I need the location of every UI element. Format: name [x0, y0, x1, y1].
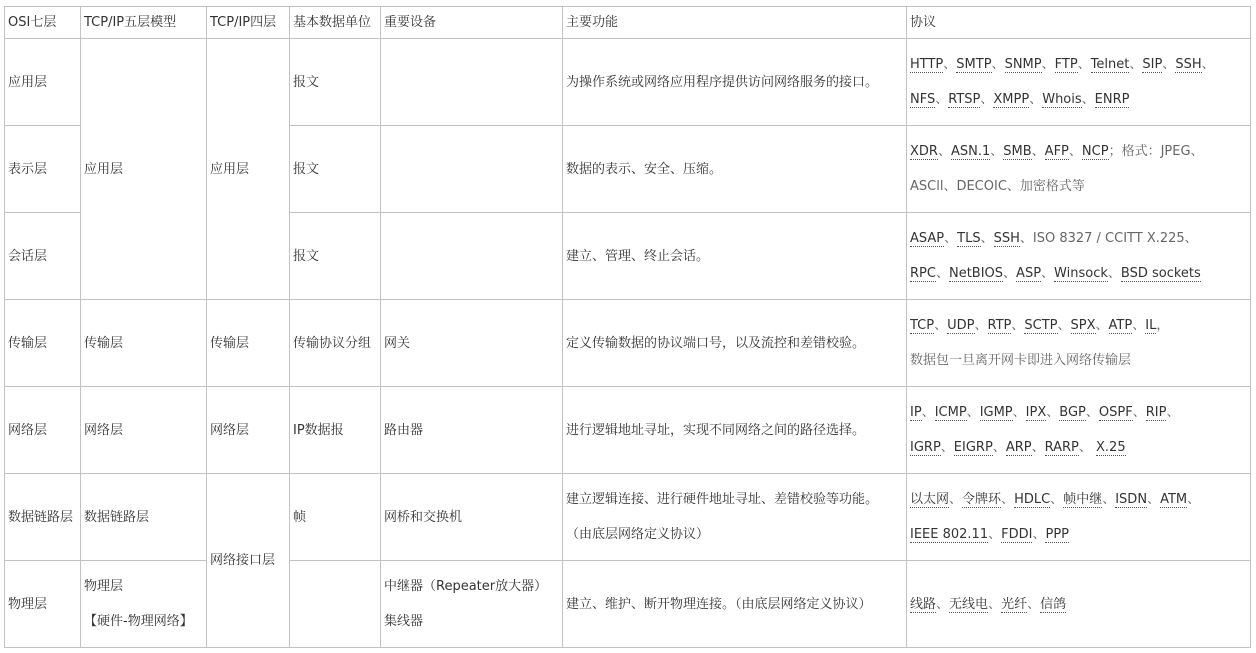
tcp5-application-cell: 应用层: [81, 39, 207, 300]
device-cell: [381, 213, 563, 300]
protocol-separator-text: 、: [1102, 492, 1115, 507]
protocol-separator-text: 、: [949, 492, 962, 507]
osi-layer-cell: 传输层: [5, 300, 81, 387]
protocol-link[interactable]: RARP: [1045, 440, 1079, 456]
protocol-link[interactable]: 以太网: [910, 492, 949, 508]
protocol-link[interactable]: 光纤: [1001, 597, 1027, 613]
osi-layer-cell: 应用层: [5, 39, 81, 126]
protocol-separator-text: 、: [934, 318, 947, 333]
protocol-line: 数据包一旦离开网卡即进入网络传输层: [910, 343, 1247, 378]
function-text: 建立、维护、断开物理连接。（由底层网络定义协议）: [566, 587, 903, 622]
function-cell: 进行逻辑地址寻址，实现不同网络之间的路径选择。: [563, 387, 907, 474]
protocol-link[interactable]: BSD sockets: [1121, 266, 1201, 282]
device-text: 中继器（Repeater放大器）: [384, 569, 559, 604]
protocol-link[interactable]: PPP: [1045, 527, 1069, 543]
header-row: OSI七层 TCP/IP五层模型 TCP/IP四层 基本数据单位 重要设备 主要…: [5, 7, 1251, 39]
tcp4-layer-cell: 传输层: [207, 300, 290, 387]
osi-tcpip-comparison-table: OSI七层 TCP/IP五层模型 TCP/IP四层 基本数据单位 重要设备 主要…: [4, 6, 1251, 648]
data-unit-cell: 报文: [290, 213, 381, 300]
data-unit-cell: IP数据报: [290, 387, 381, 474]
protocol-link[interactable]: BGP: [1059, 405, 1086, 421]
protocol-line: 线路、无线电、光纤、信鸽: [910, 587, 1247, 622]
header-important-devices: 重要设备: [381, 7, 563, 39]
protocol-separator-text: ASCll、DECOIC、加密格式等: [910, 179, 1085, 194]
protocol-separator-text: 、: [1069, 144, 1082, 159]
tcp4-layer-cell: 网络层: [207, 387, 290, 474]
protocol-line: IP、ICMP、IGMP、IPX、BGP、OSPF、RIP、: [910, 395, 1247, 430]
protocol-line: HTTP、SMTP、SNMP、FTP、Telnet、SIP、SSH、: [910, 47, 1247, 82]
protocol-cell: 以太网、令牌环、HDLC、帧中继、ISDN、ATM、IEEE 802.11、FD…: [907, 474, 1251, 561]
protocol-separator-text: 、: [1086, 405, 1099, 420]
protocol-link[interactable]: ISDN: [1115, 492, 1147, 508]
data-unit-cell: 报文: [290, 126, 381, 213]
tcp5-layer-cell: 数据链路层: [81, 474, 207, 561]
protocol-link[interactable]: IL: [1145, 318, 1156, 334]
protocol-link[interactable]: 帧中继: [1063, 492, 1102, 508]
protocol-separator-text: 、: [1132, 318, 1145, 333]
protocol-link[interactable]: SNMP: [1005, 57, 1042, 73]
protocol-separator-text: 、: [992, 57, 1005, 72]
protocol-separator-text: 、: [1032, 527, 1045, 542]
header-main-functions: 主要功能: [563, 7, 907, 39]
protocol-separator-text: 、: [1032, 144, 1045, 159]
protocol-link[interactable]: ASP: [1016, 266, 1041, 282]
protocol-link[interactable]: Telnet: [1091, 57, 1130, 73]
protocol-line: IGRP、EIGRP、ARP、RARP、 X.25: [910, 430, 1247, 465]
protocol-separator-text: 、: [938, 144, 951, 159]
header-protocols: 协议: [907, 7, 1251, 39]
header-tcpip-four-layers: TCP/IP四层: [207, 7, 290, 39]
device-cell: 网关: [381, 300, 563, 387]
protocol-separator-text: 、: [1042, 57, 1055, 72]
protocol-separator-text: 、: [1041, 266, 1054, 281]
protocol-separator-text: 、: [943, 57, 956, 72]
protocol-link[interactable]: SMTP: [956, 57, 991, 73]
osi-layer-cell: 会话层: [5, 213, 81, 300]
protocol-link[interactable]: ASN.1: [951, 144, 990, 160]
protocol-link[interactable]: HDLC: [1014, 492, 1050, 508]
function-text: 建立逻辑连接、进行硬件地址寻址、差错校验等功能。: [566, 482, 903, 517]
protocol-separator-text: 、: [935, 92, 948, 107]
protocol-link[interactable]: RTP: [988, 318, 1012, 334]
function-text: 为操作系统或网络应用程序提供访问网络服务的接口。: [566, 65, 903, 100]
protocol-separator-text: ；格式：JPEG、: [1109, 144, 1204, 159]
protocol-link[interactable]: 令牌环: [962, 492, 1001, 508]
protocol-link[interactable]: IPX: [1026, 405, 1047, 421]
protocol-separator-text: 、: [1108, 266, 1121, 281]
protocol-separator-text: 数据包一旦离开网卡即进入网络传输层: [910, 353, 1131, 368]
protocol-separator-text: ，: [1156, 318, 1169, 333]
protocol-link[interactable]: IP: [910, 405, 922, 421]
protocol-line: RPC、NetBIOS、ASP、Winsock、BSD sockets: [910, 256, 1247, 291]
tcp4-network-interface-cell: 网络接口层: [207, 474, 290, 648]
protocol-link[interactable]: RIP: [1146, 405, 1167, 421]
protocol-separator-text: 、: [936, 597, 949, 612]
protocol-link[interactable]: SCTP: [1024, 318, 1057, 334]
protocol-link[interactable]: SMB: [1003, 144, 1031, 160]
header-tcpip-five-layer-model: TCP/IP五层模型: [81, 7, 207, 39]
protocol-separator-text: 、: [1162, 57, 1175, 72]
protocol-separator-text: 、: [1058, 318, 1071, 333]
protocol-separator-text: 、: [1003, 266, 1016, 281]
protocol-separator-text: 、: [975, 318, 988, 333]
protocol-separator-text: 、: [1133, 405, 1146, 420]
protocol-link[interactable]: XMPP: [993, 92, 1029, 108]
protocol-cell: HTTP、SMTP、SNMP、FTP、Telnet、SIP、SSH、NFS、RT…: [907, 39, 1251, 126]
protocol-separator-text: 、: [1079, 440, 1096, 455]
data-unit-cell: [290, 561, 381, 648]
protocol-link[interactable]: FDDI: [1001, 527, 1032, 543]
protocol-separator-text: 、: [967, 405, 980, 420]
function-cell: 建立、管理、终止会话。: [563, 213, 907, 300]
protocol-link[interactable]: TLS: [957, 231, 980, 247]
protocol-link[interactable]: AFP: [1045, 144, 1069, 160]
protocol-separator-text: 、: [944, 231, 957, 246]
function-cell: 定义传输数据的协议端口号，以及流控和差错校验。: [563, 300, 907, 387]
protocol-separator-text: 、: [1027, 597, 1040, 612]
device-text: 网关: [384, 326, 559, 361]
protocol-separator-text: 、: [936, 266, 949, 281]
protocol-separator-text: 、: [1011, 318, 1024, 333]
protocol-link[interactable]: ATP: [1109, 318, 1133, 334]
protocol-line: XDR、ASN.1、SMB、AFP、NCP；格式：JPEG、: [910, 134, 1247, 169]
protocol-separator-text: 、: [1032, 440, 1045, 455]
protocol-link[interactable]: TCP: [910, 318, 934, 334]
protocol-link[interactable]: 线路: [910, 597, 936, 613]
function-cell: 建立、维护、断开物理连接。（由底层网络定义协议）: [563, 561, 907, 648]
protocol-link[interactable]: ENRP: [1095, 92, 1130, 108]
protocol-cell: XDR、ASN.1、SMB、AFP、NCP；格式：JPEG、ASCll、DECO…: [907, 126, 1251, 213]
protocol-link[interactable]: NetBIOS: [949, 266, 1003, 282]
data-unit-cell: 传输协议分组: [290, 300, 381, 387]
protocol-separator-text: 、: [1129, 57, 1142, 72]
protocol-cell: IP、ICMP、IGMP、IPX、BGP、OSPF、RIP、IGRP、EIGRP…: [907, 387, 1251, 474]
protocol-cell: 线路、无线电、光纤、信鸽: [907, 561, 1251, 648]
protocol-link[interactable]: SIP: [1142, 57, 1162, 73]
protocol-link[interactable]: SSH: [1175, 57, 1201, 73]
table-row-network: 网络层 网络层 网络层 IP数据报 路由器 进行逻辑地址寻址，实现不同网络之间的…: [5, 387, 1251, 474]
protocol-link[interactable]: NFS: [910, 92, 935, 108]
protocol-link[interactable]: ICMP: [935, 405, 967, 421]
tcp5-layer-cell: 传输层: [81, 300, 207, 387]
protocol-separator-text: 、: [1187, 492, 1200, 507]
table-row-physical: 物理层 物理层【硬件-物理网络】 中继器（Repeater放大器）集线器 建立、…: [5, 561, 1251, 648]
protocol-link[interactable]: HTTP: [910, 57, 943, 73]
function-cell: 建立逻辑连接、进行硬件地址寻址、差错校验等功能。（由底层网络定义协议）: [563, 474, 907, 561]
protocol-link[interactable]: FTP: [1055, 57, 1078, 73]
data-unit-cell: 帧: [290, 474, 381, 561]
tcp5-layer-cell: 网络层: [81, 387, 207, 474]
protocol-link[interactable]: X.25: [1096, 440, 1126, 456]
tcp5-layer-text: 【硬件-物理网络】: [84, 604, 203, 639]
protocol-link[interactable]: Winsock: [1054, 266, 1108, 282]
protocol-line: IEEE 802.11、FDDI、PPP: [910, 517, 1247, 552]
device-cell: 路由器: [381, 387, 563, 474]
protocol-link[interactable]: IGMP: [980, 405, 1013, 421]
device-cell: [381, 126, 563, 213]
protocol-separator-text: 、: [1202, 57, 1215, 72]
protocol-separator-text: 、: [1147, 492, 1160, 507]
device-cell: 中继器（Repeater放大器）集线器: [381, 561, 563, 648]
protocol-line: ASAP、TLS、SSH、ISO 8327 / CCITT X.225、: [910, 221, 1247, 256]
header-osi-seven-layers: OSI七层: [5, 7, 81, 39]
function-text: 定义传输数据的协议端口号，以及流控和差错校验。: [566, 326, 903, 361]
protocol-link[interactable]: Whois: [1042, 92, 1081, 108]
protocol-separator-text: 、: [941, 440, 954, 455]
table-row-application: 应用层 应用层 应用层 报文 为操作系统或网络应用程序提供访问网络服务的接口。 …: [5, 39, 1251, 126]
protocol-line: ASCll、DECOIC、加密格式等: [910, 169, 1247, 204]
protocol-cell: ASAP、TLS、SSH、ISO 8327 / CCITT X.225、RPC、…: [907, 213, 1251, 300]
table-row-data-link: 数据链路层 数据链路层 网络接口层 帧 网桥和交换机 建立逻辑连接、进行硬件地址…: [5, 474, 1251, 561]
device-cell: 网桥和交换机: [381, 474, 563, 561]
protocol-separator-text: 、: [1166, 405, 1179, 420]
protocol-separator-text: 、: [988, 527, 1001, 542]
function-cell: 为操作系统或网络应用程序提供访问网络服务的接口。: [563, 39, 907, 126]
device-text: 网桥和交换机: [384, 500, 559, 535]
function-text: 数据的表示、安全、压缩。: [566, 152, 903, 187]
protocol-separator-text: 、: [1078, 57, 1091, 72]
tcp5-layer-text: 物理层: [84, 569, 203, 604]
protocol-separator-text: 、: [1096, 318, 1109, 333]
protocol-link[interactable]: ASAP: [910, 231, 944, 247]
data-unit-cell: 报文: [290, 39, 381, 126]
protocol-line: NFS、RTSP、XMPP、Whois、ENRP: [910, 82, 1247, 117]
header-basic-data-unit: 基本数据单位: [290, 7, 381, 39]
protocol-separator-text: 、: [1029, 92, 1042, 107]
protocol-link[interactable]: 信鸽: [1040, 597, 1066, 613]
tcp4-application-cell: 应用层: [207, 39, 290, 300]
osi-layer-cell: 物理层: [5, 561, 81, 648]
protocol-link[interactable]: 无线电: [949, 597, 988, 613]
protocol-separator-text: 、: [980, 92, 993, 107]
protocol-line: TCP、UDP、RTP、SCTP、SPX、ATP、IL，: [910, 308, 1247, 343]
osi-layer-cell: 网络层: [5, 387, 81, 474]
protocol-separator-text: 、: [993, 440, 1006, 455]
device-text: 路由器: [384, 413, 559, 448]
protocol-link[interactable]: ARP: [1006, 440, 1032, 456]
osi-layer-cell: 表示层: [5, 126, 81, 213]
function-text: 建立、管理、终止会话。: [566, 239, 903, 274]
protocol-link[interactable]: NCP: [1082, 144, 1109, 160]
protocol-link[interactable]: RPC: [910, 266, 936, 282]
function-text: （由底层网络定义协议）: [566, 517, 903, 552]
protocol-separator-text: 、: [922, 405, 935, 420]
tcp5-layer-cell: 物理层【硬件-物理网络】: [81, 561, 207, 648]
protocol-separator-text: 、: [1046, 405, 1059, 420]
protocol-separator-text: 、: [981, 231, 994, 246]
protocol-link[interactable]: OSPF: [1099, 405, 1133, 421]
table-row-transport: 传输层 传输层 传输层 传输协议分组 网关 定义传输数据的协议端口号，以及流控和…: [5, 300, 1251, 387]
protocol-link[interactable]: SPX: [1071, 318, 1096, 334]
protocol-separator-text: 、ISO 8327 / CCITT X.225、: [1020, 231, 1198, 246]
device-cell: [381, 39, 563, 126]
protocol-separator-text: 、: [1082, 92, 1095, 107]
device-text: 集线器: [384, 604, 559, 639]
protocol-separator-text: 、: [1050, 492, 1063, 507]
protocol-link[interactable]: XDR: [910, 144, 938, 160]
protocol-link[interactable]: SSH: [994, 231, 1020, 247]
protocol-link[interactable]: EIGRP: [954, 440, 993, 456]
protocol-link[interactable]: IGRP: [910, 440, 941, 456]
protocol-separator-text: 、: [988, 597, 1001, 612]
protocol-cell: TCP、UDP、RTP、SCTP、SPX、ATP、IL，数据包一旦离开网卡即进入…: [907, 300, 1251, 387]
osi-layer-cell: 数据链路层: [5, 474, 81, 561]
function-cell: 数据的表示、安全、压缩。: [563, 126, 907, 213]
protocol-separator-text: 、: [990, 144, 1003, 159]
protocol-separator-text: 、: [1013, 405, 1026, 420]
protocol-link[interactable]: IEEE 802.11: [910, 527, 988, 543]
protocol-link[interactable]: ATM: [1160, 492, 1187, 508]
protocol-separator-text: 、: [1001, 492, 1014, 507]
protocol-line: 以太网、令牌环、HDLC、帧中继、ISDN、ATM、: [910, 482, 1247, 517]
protocol-link[interactable]: RTSP: [948, 92, 980, 108]
function-text: 进行逻辑地址寻址，实现不同网络之间的路径选择。: [566, 413, 903, 448]
protocol-link[interactable]: UDP: [947, 318, 974, 334]
